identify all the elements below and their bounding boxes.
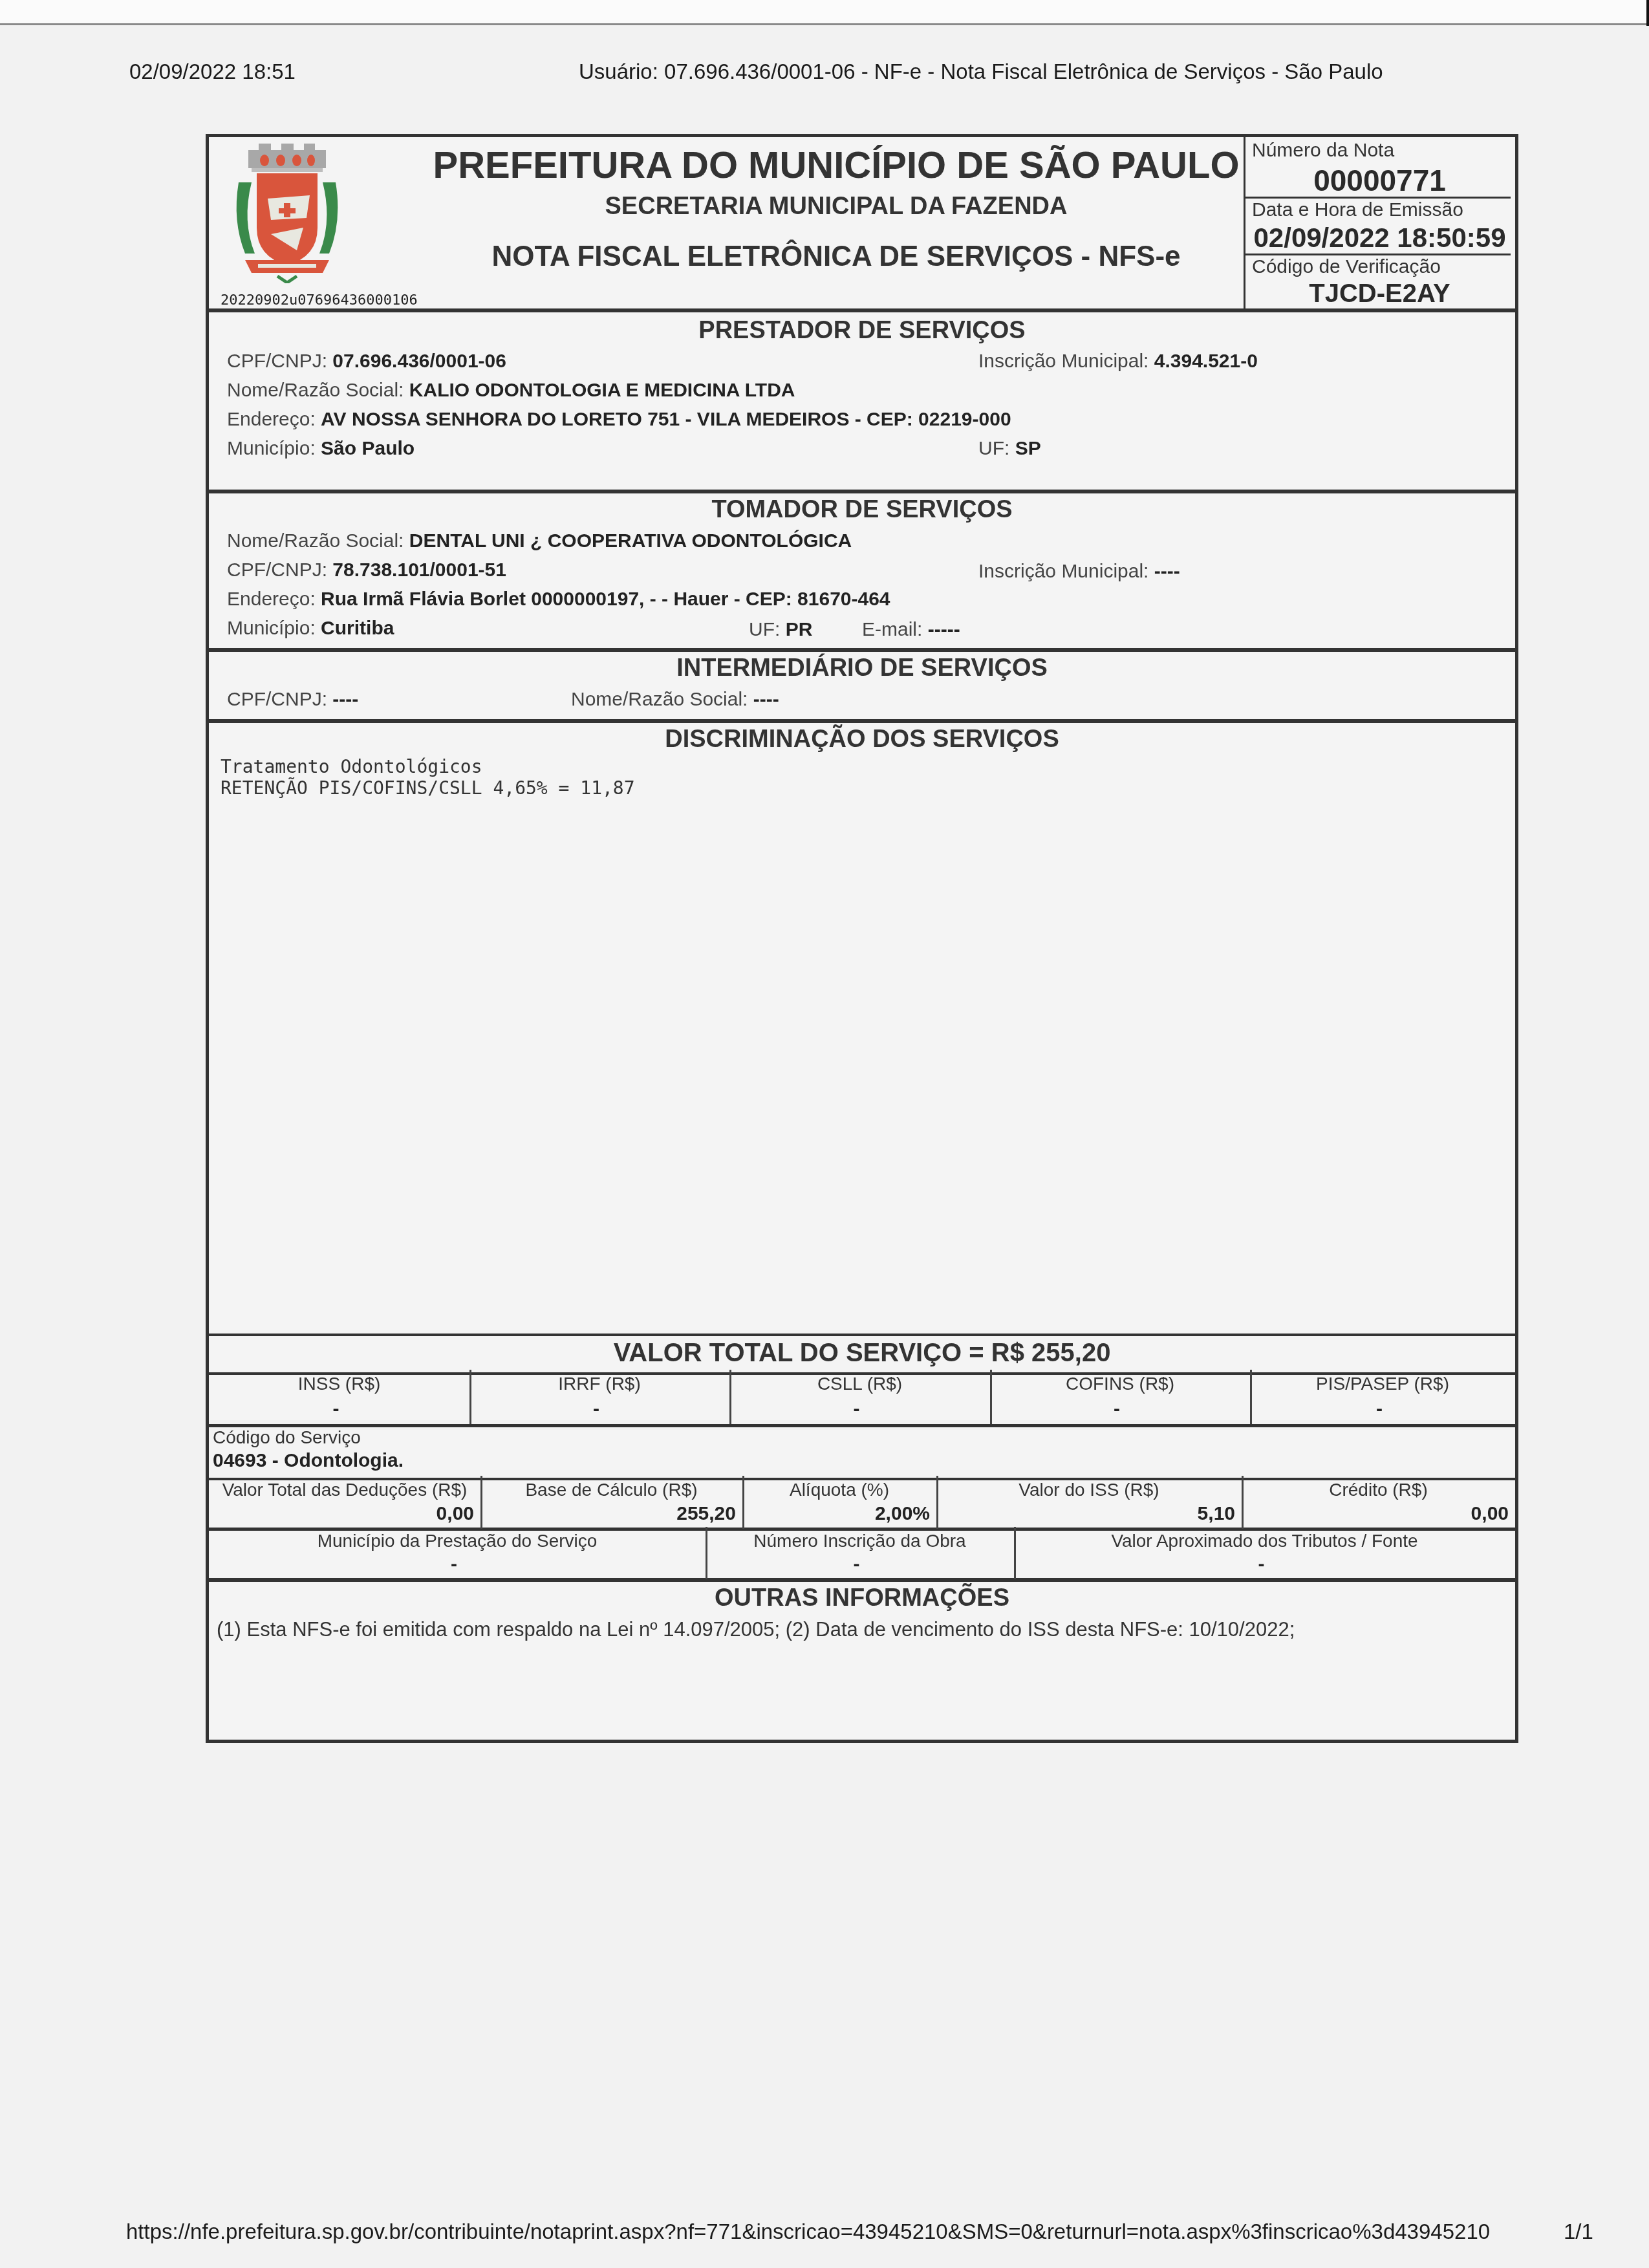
calculo-label: Valor do ISS (R$) (936, 1480, 1242, 1500)
outro-campo-value: - (209, 1553, 699, 1575)
tributo-value: - (469, 1398, 723, 1420)
calculo-value: 0,00 (209, 1503, 474, 1525)
outro-campo-value: - (1014, 1553, 1509, 1575)
divider (209, 1578, 1515, 1582)
cell-divider (990, 1370, 992, 1424)
cell-divider (1014, 1527, 1016, 1579)
label: Nome/Razão Social: (227, 530, 404, 552)
numero-label: Número da Nota (1252, 140, 1394, 162)
scan-edge-mark (1646, 0, 1649, 26)
tomador-inscricao: Inscrição Municipal: ---- (978, 561, 1180, 583)
prestador-title: PRESTADOR DE SERVIÇOS (209, 317, 1515, 345)
divider (1245, 197, 1511, 199)
label: UF: (978, 438, 1009, 459)
calculo-label: Base de Cálculo (R$) (480, 1480, 742, 1500)
coat-of-arms-icon (232, 144, 342, 283)
calculo-value: 2,00% (742, 1503, 930, 1525)
tributo-label: PIS/PASEP (R$) (1250, 1374, 1515, 1394)
tributo-value: - (729, 1398, 984, 1420)
outro-campo-value: - (706, 1553, 1008, 1575)
value: 4.394.521-0 (1154, 351, 1258, 372)
emissao-datetime: 02/09/2022 18:50:59 (1245, 222, 1514, 254)
header-title: PREFEITURA DO MUNICÍPIO DE SÃO PAULO (377, 144, 1295, 187)
label: E-mail: (862, 619, 922, 640)
outras-informacoes-title: OUTRAS INFORMAÇÕES (209, 1584, 1515, 1612)
value: São Paulo (321, 438, 415, 459)
divider (209, 1334, 1515, 1336)
divider (209, 308, 1515, 312)
value: ---- (1154, 561, 1180, 582)
value: 78.738.101/0001-51 (332, 559, 506, 581)
prestador-inscricao: Inscrição Municipal: 4.394.521-0 (978, 351, 1258, 373)
divider (209, 1424, 1515, 1427)
tributo-label: INSS (R$) (209, 1374, 469, 1394)
label: CPF/CNPJ: (227, 559, 327, 581)
tributo-label: COFINS (R$) (990, 1374, 1250, 1394)
outro-campo-label: Município da Prestação do Serviço (209, 1531, 706, 1551)
intermediario-nome: Nome/Razão Social: ---- (571, 689, 779, 711)
numero-nota: 00000771 (1245, 163, 1514, 198)
value: ----- (928, 619, 960, 640)
print-url: https://nfe.prefeitura.sp.gov.br/contrib… (126, 2219, 1490, 2244)
tributo-label: CSLL (R$) (729, 1374, 990, 1394)
tributo-value: - (990, 1398, 1244, 1420)
discriminacao-title: DISCRIMINAÇÃO DOS SERVIÇOS (209, 726, 1515, 753)
value: AV NOSSA SENHORA DO LORETO 751 - VILA ME… (321, 409, 1011, 430)
print-datetime: 02/09/2022 18:51 (129, 59, 296, 84)
label: Nome/Razão Social: (227, 380, 404, 401)
header-subtitle: SECRETARIA MUNICIPAL DA FAZENDA (377, 193, 1295, 221)
cell-divider (706, 1527, 707, 1579)
verificacao-label: Código de Verificação (1252, 256, 1441, 278)
nfse-document: 20220902u07696436000106 PREFEITURA DO MU… (206, 134, 1518, 1743)
document-title: NOTA FISCAL ELETRÔNICA DE SERVIÇOS - NFS… (377, 241, 1295, 273)
prestador-municipio: Município: São Paulo (227, 438, 415, 460)
value: Rua Irmã Flávia Borlet 0000000197, - - H… (321, 589, 890, 610)
cell-divider (729, 1370, 731, 1424)
value: Curitiba (321, 618, 394, 639)
value: 07.696.436/0001-06 (332, 351, 506, 372)
label: Município: (227, 618, 316, 639)
discriminacao-line: RETENÇÃO PIS/COFINS/CSLL 4,65% = 11,87 (221, 777, 635, 799)
scan-edge (0, 0, 1649, 25)
label: CPF/CNPJ: (227, 689, 327, 710)
codigo-servico-label: Código do Serviço (213, 1427, 361, 1448)
calculo-value: 0,00 (1242, 1503, 1509, 1525)
tomador-cnpj: CPF/CNPJ: 78.738.101/0001-51 (227, 559, 506, 581)
calculo-value: 5,10 (936, 1503, 1235, 1525)
label: Inscrição Municipal: (978, 351, 1148, 372)
label: Endereço: (227, 409, 316, 430)
intermediario-cnpj: CPF/CNPJ: ---- (227, 689, 358, 711)
value: ---- (753, 689, 779, 710)
print-page-number: 1/1 (1564, 2219, 1593, 2244)
codigo-verificacao: TJCD-E2AY (1245, 279, 1514, 308)
discriminacao-line: Tratamento Odontológicos (221, 756, 482, 777)
label: Endereço: (227, 589, 316, 610)
divider (1245, 254, 1511, 255)
outro-campo-label: Número Inscrição da Obra (706, 1531, 1014, 1551)
calculo-label: Alíquota (%) (742, 1480, 936, 1500)
calculo-label: Valor Total das Deduções (R$) (209, 1480, 480, 1500)
label: Inscrição Municipal: (978, 561, 1148, 582)
cell-divider (469, 1370, 471, 1424)
value: PR (786, 619, 813, 640)
prestador-endereco: Endereço: AV NOSSA SENHORA DO LORETO 751… (227, 409, 1011, 431)
outras-informacoes-text: (1) Esta NFS-e foi emitida com respaldo … (217, 1618, 1295, 1641)
valor-total: VALOR TOTAL DO SERVIÇO = R$ 255,20 (209, 1339, 1515, 1368)
divider (209, 648, 1515, 652)
tributo-label: IRRF (R$) (469, 1374, 729, 1394)
tributo-value: - (209, 1398, 463, 1420)
value: SP (1015, 438, 1041, 459)
label: CPF/CNPJ: (227, 351, 327, 372)
tomador-municipio: Município: Curitiba (227, 618, 394, 640)
codigo-servico-value: 04693 - Odontologia. (213, 1450, 404, 1472)
calculo-value: 255,20 (480, 1503, 736, 1525)
print-title: Usuário: 07.696.436/0001-06 - NF-e - Not… (579, 59, 1383, 84)
value: DENTAL UNI ¿ COOPERATIVA ODONTOLÓGICA (409, 530, 852, 552)
tomador-title: TOMADOR DE SERVIÇOS (209, 496, 1515, 524)
label: Nome/Razão Social: (571, 689, 748, 710)
nota-info-box: Número da Nota 00000771 Data e Hora de E… (1244, 137, 1517, 308)
outro-campo-label: Valor Aproximado dos Tributos / Fonte (1014, 1531, 1515, 1551)
value: KALIO ODONTOLOGIA E MEDICINA LTDA (409, 380, 795, 401)
barcode-text: 20220902u07696436000106 (221, 292, 418, 308)
tomador-endereco: Endereço: Rua Irmã Flávia Borlet 0000000… (227, 589, 890, 610)
tributo-value: - (1250, 1398, 1509, 1420)
value: ---- (332, 689, 358, 710)
emissao-label: Data e Hora de Emissão (1252, 199, 1463, 221)
tomador-nome: Nome/Razão Social: DENTAL UNI ¿ COOPERAT… (227, 530, 852, 552)
divider (209, 490, 1515, 493)
cell-divider (480, 1476, 482, 1529)
prestador-nome: Nome/Razão Social: KALIO ODONTOLOGIA E M… (227, 380, 795, 402)
cell-divider (936, 1476, 938, 1529)
label: UF: (749, 619, 780, 640)
cell-divider (1250, 1370, 1252, 1424)
cell-divider (742, 1476, 744, 1529)
tomador-uf: UF: PR (749, 619, 812, 641)
calculo-label: Crédito (R$) (1242, 1480, 1515, 1500)
prestador-uf: UF: SP (978, 438, 1041, 460)
label: Município: (227, 438, 316, 459)
divider (209, 719, 1515, 723)
prestador-cnpj: CPF/CNPJ: 07.696.436/0001-06 (227, 351, 506, 373)
intermediario-title: INTERMEDIÁRIO DE SERVIÇOS (209, 654, 1515, 682)
tomador-email: E-mail: ----- (862, 619, 960, 641)
cell-divider (1242, 1476, 1244, 1529)
